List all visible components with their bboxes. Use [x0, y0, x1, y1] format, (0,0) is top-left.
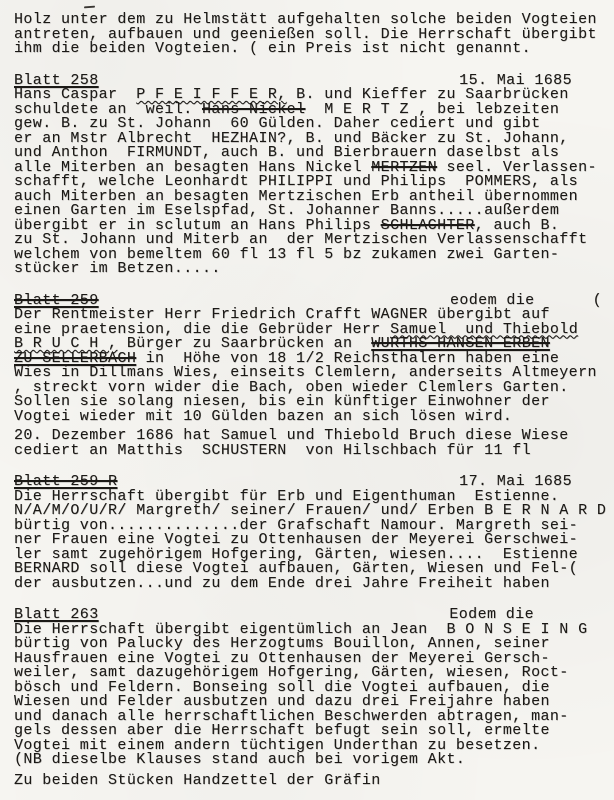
text-line: cediert an Matthis SCHUSTERN von Hilschb… [14, 444, 608, 459]
section-footer: Zu beiden Stücken Handzettel der Gräfin [14, 774, 608, 789]
document-page: Holz unter dem zu Helmstätt aufgehalten … [0, 0, 614, 788]
text-line: ihm die beiden Vogteien. ( ein Preis ist… [14, 42, 608, 57]
text-segment: stücker im Betzen..... [14, 260, 221, 277]
text-line: Vogtei wieder mit 10 Gülden bazen an sic… [14, 410, 608, 425]
section-blatt-259: Blatt 259eodem die(Der Rentmeister Herr … [14, 294, 608, 459]
margin-paren-mark: ( [593, 294, 602, 309]
text-segment: cediert an Matthis SCHUSTERN von Hilschb… [14, 442, 531, 459]
text-segment: Zu beiden Stücken Handzettel der Gräfin [14, 772, 381, 789]
text-line: stücker im Betzen..... [14, 262, 608, 277]
text-segment: ihm die beiden Vogteien. ( ein Preis ist… [14, 40, 531, 57]
section-blatt-263: Blatt 263Eodem dieDie Herrschaft übergib… [14, 608, 608, 768]
section-blatt-259-r: Blatt 259 R17. Mai 1685Die Herrschaft üb… [14, 475, 608, 591]
text-segment: Vogtei wieder mit 10 Gülden bazen an sic… [14, 408, 512, 425]
document-body: Holz unter dem zu Helmstätt aufgehalten … [14, 13, 608, 788]
text-line: Zu beiden Stücken Handzettel der Gräfin [14, 774, 608, 789]
text-line: (NB dieselbe Klauses stand auch bei vori… [14, 753, 608, 768]
text-segment: der ausbutzen...und zu dem Ende drei Jah… [14, 575, 550, 592]
section-intro: Holz unter dem zu Helmstätt aufgehalten … [14, 13, 608, 57]
text-line: der ausbutzen...und zu dem Ende drei Jah… [14, 577, 608, 592]
scan-artifact-mark [84, 6, 95, 9]
text-segment: (NB dieselbe Klauses stand auch bei vori… [14, 751, 465, 768]
section-blatt-258: Blatt 25815. Mai 1685Hans Caspar P F E I… [14, 74, 608, 277]
